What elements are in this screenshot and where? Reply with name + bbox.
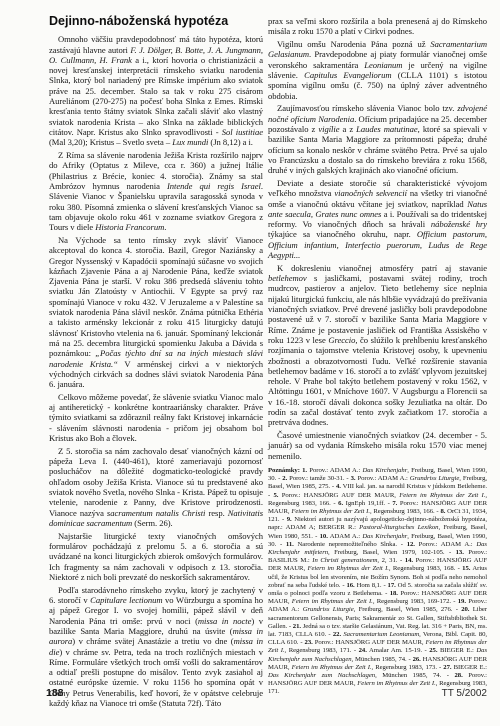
paragraph: Najstaršie liturgické texty vianočných o… bbox=[49, 531, 263, 582]
page-number: 188 bbox=[46, 687, 64, 699]
emphasized-text: F. J. Dölger, B. Botte, J. A. Jungmann, … bbox=[49, 45, 263, 65]
bold-text: 8. bbox=[440, 508, 445, 515]
emphasized-text: Intende qui regis Israel bbox=[167, 181, 261, 191]
paragraph: Z 5. storočia sa nám zachovalo desať via… bbox=[49, 446, 263, 528]
emphasized-text: Das Kirchenjahr bbox=[362, 533, 407, 540]
paragraph: Časové umiestnenie vianočných sviatkov (… bbox=[268, 430, 487, 461]
emphasized-text: „Počas týchto dní sa na iných miestach s… bbox=[49, 348, 263, 368]
bold-text: 15. bbox=[462, 565, 470, 572]
emphasized-text: sacramentum natalis Christi bbox=[107, 508, 205, 518]
section-heading: Dejinno-náboženská hypotéza bbox=[49, 16, 263, 26]
bold-text: 21. bbox=[293, 623, 301, 630]
emphasized-text: missa in die bbox=[49, 636, 263, 656]
emphasized-text: Das Kirchenjahr bbox=[363, 467, 408, 474]
bold-text: 7. bbox=[392, 500, 397, 507]
emphasized-text: Feiern im Rhytmus der Zeit I. bbox=[307, 565, 388, 572]
paragraph: Vigílnu omšu Narodenia Pána pozná už Sac… bbox=[268, 39, 487, 101]
bold-text: 2. bbox=[282, 475, 287, 482]
paragraph: Na Východe sa tento rímsky zvyk sláviť V… bbox=[49, 235, 263, 389]
emphasized-text: Sol iustitiae bbox=[222, 127, 263, 137]
bold-text: 11. bbox=[286, 541, 294, 548]
bold-text: 16. bbox=[346, 582, 354, 589]
emphasized-text: zdvojené nočné ofícium Narodenia bbox=[268, 103, 487, 123]
emphasized-text: Feiern im Rhytmus der Zeit I. bbox=[291, 508, 370, 515]
emphasized-text: Sacramentarium Leonianum bbox=[343, 631, 419, 638]
paragraph: Deviate a desiate storočie sú charakteri… bbox=[268, 178, 487, 260]
emphasized-text: Das Kirchenjahr zum Nachschlagen bbox=[268, 672, 375, 679]
bold-text: 17. bbox=[388, 582, 396, 589]
emphasized-text: Das Kirchenjahr mitfeiern bbox=[268, 541, 487, 556]
bold-text: 23. bbox=[305, 639, 313, 646]
bold-text: 9. bbox=[287, 516, 292, 523]
paragraph: Podľa starodávneho rímskeho zvyku, ktorý… bbox=[49, 585, 263, 709]
emphasized-text: Grundriss Liturgie bbox=[410, 475, 460, 482]
emphasized-text: missa in nocte bbox=[198, 616, 251, 626]
footnotes-block: Poznámky: 1. Porov.: ADAM A.: Das Kirche… bbox=[268, 467, 487, 697]
bold-text: 10. bbox=[320, 533, 328, 540]
paragraph: prax sa veľmi skoro rozšírila a bola pre… bbox=[268, 16, 487, 37]
emphasized-text: Feiern im Rhytmus der Zeit I. bbox=[292, 664, 372, 671]
bold-text: 13. bbox=[456, 549, 464, 556]
emphasized-text: Laudes matutinae bbox=[356, 124, 418, 134]
bold-text: 4. bbox=[336, 483, 341, 490]
emphasized-text: In Christi generationem bbox=[312, 557, 377, 564]
bold-text: 5. bbox=[274, 492, 279, 499]
bold-text: 3. bbox=[351, 475, 356, 482]
bold-text: 24. bbox=[359, 647, 367, 654]
emphasized-text: Grundriss Liturgie bbox=[303, 606, 354, 613]
paragraph: K dokresleniu vianočnej atmosféry patrí … bbox=[268, 263, 487, 428]
bold-text: 22. bbox=[333, 631, 341, 638]
emphasized-text: missa in aurora bbox=[49, 626, 263, 646]
emphasized-text: Feiern im Rhytmus der Zeit I. bbox=[268, 639, 487, 654]
bold-text: 12. bbox=[407, 541, 415, 548]
paragraph: Celkovo môžeme povedať, že slávenie svia… bbox=[49, 392, 263, 443]
bold-text: 19. bbox=[458, 598, 466, 605]
emphasized-text: Feiern im Rhytmus der Zeit I. bbox=[292, 598, 373, 605]
paragraph: Omnoho väčšiu pravdepodobnosť má táto hy… bbox=[49, 34, 263, 147]
bold-text: 6. bbox=[338, 500, 343, 507]
document-page: Dejinno-náboženská hypotéza Omnoho väčši… bbox=[0, 0, 500, 726]
emphasized-text: Officium pastorum, Officium infantium, I… bbox=[268, 229, 487, 260]
paragraph: Zaujímavosťou rímskeho slávenia Vianoc b… bbox=[268, 103, 487, 175]
emphasized-text: betlehemov bbox=[268, 273, 307, 283]
journal-reference: TT 5/2002 bbox=[442, 688, 487, 699]
right-column: prax sa veľmi skoro rozšírila a bola pre… bbox=[268, 16, 487, 697]
emphasized-text: Natus ante saecula, Grates nunc omnes bbox=[268, 199, 487, 219]
emphasized-text: náboženské hry bbox=[431, 219, 487, 229]
emphasized-text: vigílie bbox=[318, 124, 339, 134]
emphasized-text: Leonianum bbox=[364, 60, 402, 70]
right-column-text: prax sa veľmi skoro rozšírila a bola pre… bbox=[268, 16, 487, 461]
emphasized-text: Capitulus Evangeliorum bbox=[304, 70, 391, 80]
bold-text: 14. bbox=[405, 557, 413, 564]
emphasized-text: Sacramentarium Gelasianum bbox=[268, 39, 487, 59]
emphasized-text: Lux mundi bbox=[172, 137, 208, 147]
left-column-text: Omnoho väčšiu pravdepodobnosť má táto hy… bbox=[49, 34, 263, 708]
bold-text: 26. bbox=[413, 656, 421, 663]
bold-text: 25. bbox=[429, 647, 437, 654]
emphasized-text: Pastoral-liturgisches Lexikon bbox=[359, 524, 438, 531]
emphasized-text: Greccio bbox=[328, 335, 355, 345]
bold-text: 27. bbox=[443, 664, 451, 671]
emphasized-text: vianočných sekvencií bbox=[334, 188, 407, 198]
emphasized-text: Capitulare lectionum bbox=[90, 595, 162, 605]
bold-text: 28. bbox=[455, 672, 463, 679]
bold-text: 20. bbox=[461, 606, 469, 613]
bold-text: Poznámky: 1. bbox=[268, 467, 307, 474]
emphasized-text: Feiern im Rhytmus der Zeit I. bbox=[357, 680, 435, 687]
emphasized-text: Feiern im Rhytmus der Zeit I. bbox=[399, 492, 485, 499]
emphasized-text: Historia Francorum bbox=[95, 222, 164, 232]
bold-text: 18. bbox=[390, 590, 398, 597]
emphasized-text: Das Kirchenjahr zum Nachschlagen bbox=[268, 647, 487, 662]
paragraph: Z Ríma sa slávenie narodenia Ježiša Kris… bbox=[49, 150, 263, 232]
left-column: Dejinno-náboženská hypotéza Omnoho väčši… bbox=[49, 16, 263, 711]
